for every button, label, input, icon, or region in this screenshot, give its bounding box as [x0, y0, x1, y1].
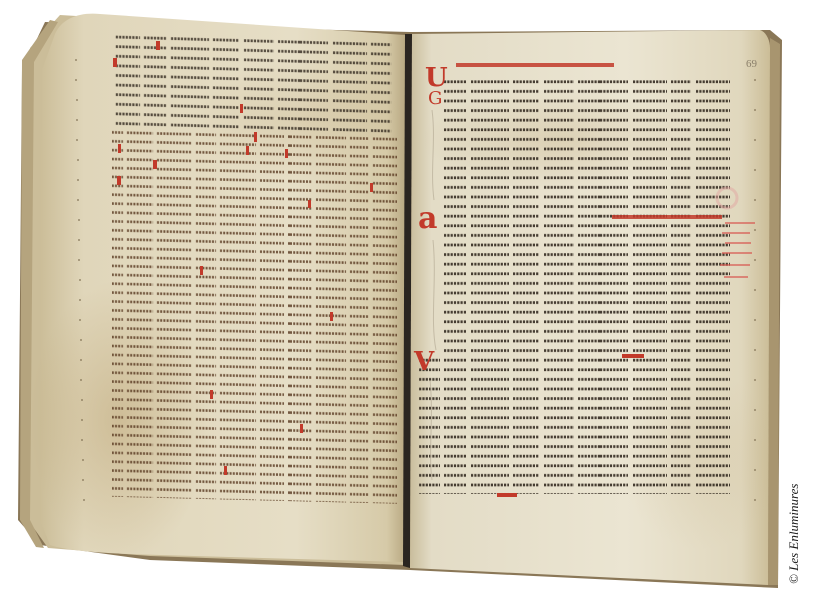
left-page — [30, 14, 410, 562]
svg-text:G: G — [428, 88, 442, 109]
right-text-block — [418, 74, 730, 494]
copyright-caption: © Les Enluminures — [786, 484, 802, 584]
initial-v: V — [413, 347, 435, 377]
inline-rubric — [612, 215, 722, 219]
manuscript-photograph: U G a V 69 © Les Enluminures — [0, 0, 829, 600]
folio-number: 69 — [746, 58, 757, 70]
chapter-mark — [497, 493, 517, 497]
heading-rubric — [456, 63, 614, 67]
initial-a: a — [418, 201, 437, 236]
chapter-mark — [622, 354, 644, 358]
manuscript-illustration: U G a V — [0, 0, 829, 600]
left-text-block — [112, 33, 397, 503]
right-page: U G a V — [410, 30, 780, 585]
